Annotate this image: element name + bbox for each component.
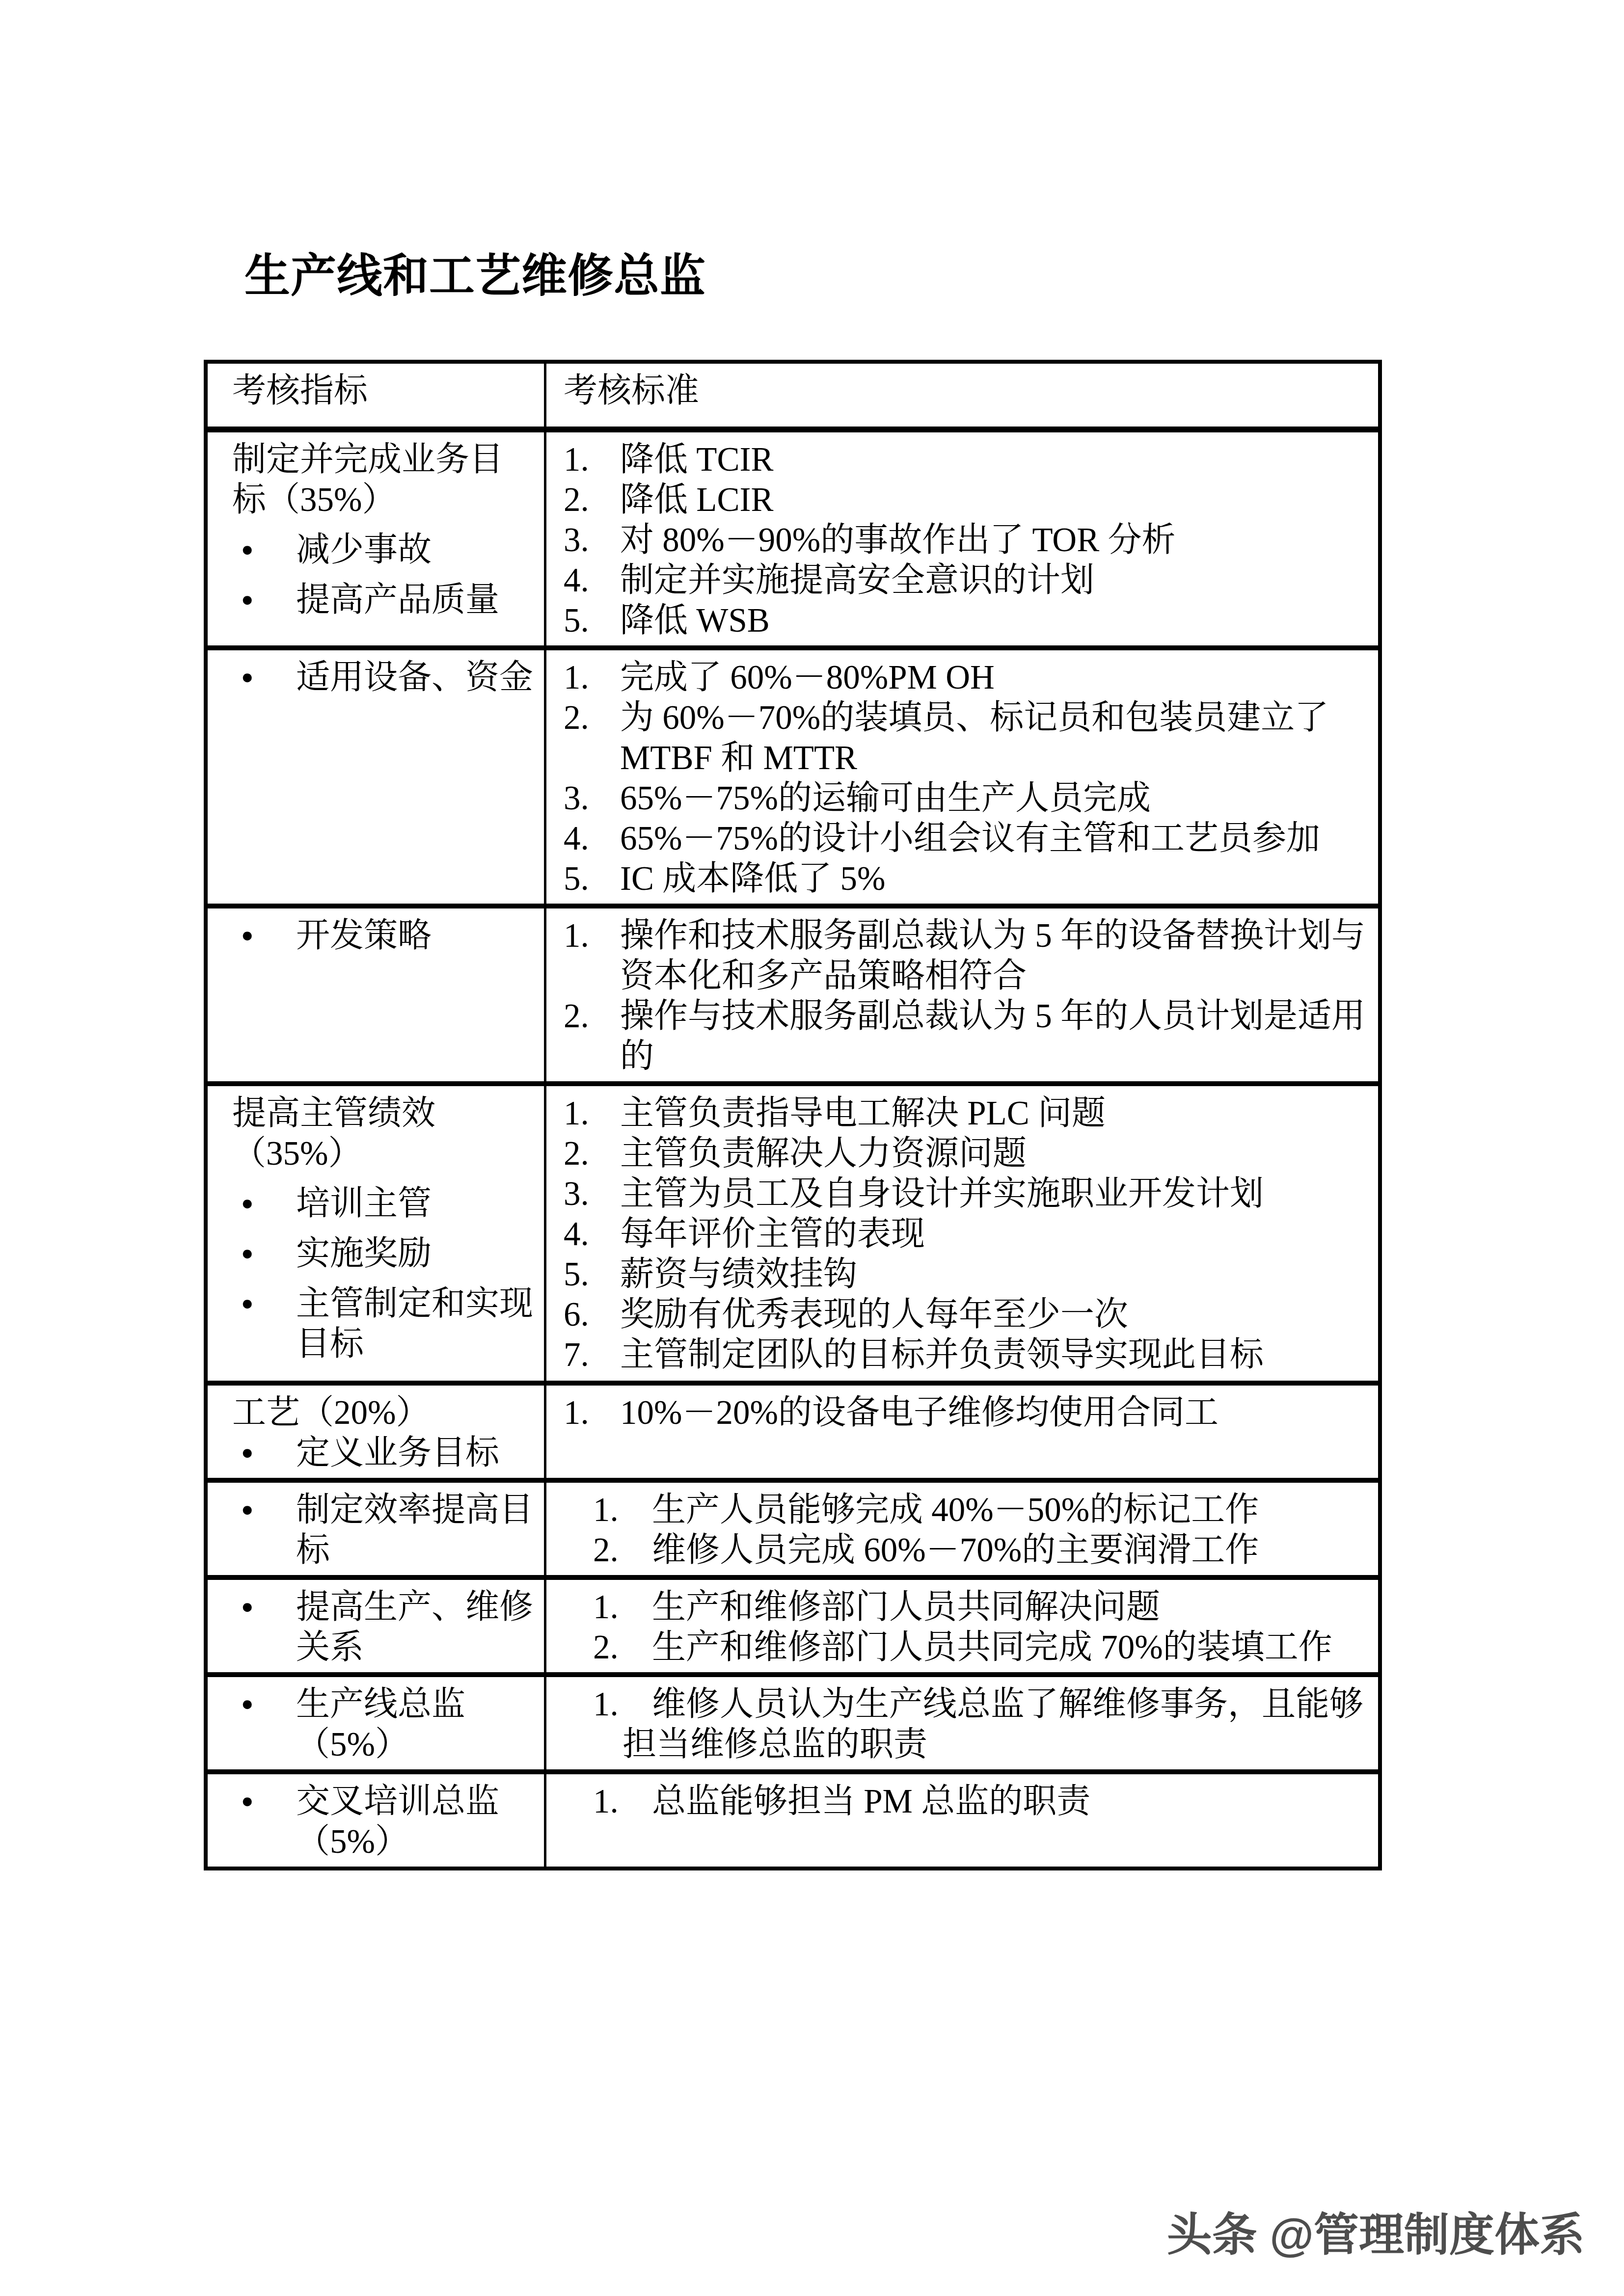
item-text: 主管负责解决人力资源问题: [620, 1135, 1027, 1172]
bullet-icon: ●: [241, 1587, 253, 1627]
standard-cell: 1.总监能够担当 PM 总监的职责: [546, 1774, 1378, 1867]
standard-cell: 1.降低 TCIR 2.降低 LCIR 3.对 80%－90%的事故作出了 TO…: [546, 432, 1378, 645]
item-text: 降低 TCIR: [620, 441, 773, 478]
standard-cell: 1.生产和维修部门人员共同解决问题 2.生产和维修部门人员共同完成 70%的装填…: [546, 1580, 1378, 1672]
item-number: 3.: [564, 1174, 589, 1214]
standard-cell: 1.生产人员能够完成 40%－50%的标记工作 2.维修人员完成 60%－70%…: [546, 1483, 1378, 1575]
bullet-icon: ●: [241, 580, 253, 620]
table-row: 制定并完成业务目标（35%） ●减少事故 ●提高产品质量 1.降低 TCIR 2…: [208, 432, 1378, 650]
criteria-item: 4.65%－75%的设计小组会议有主管和工艺员参加: [564, 818, 1374, 858]
row-title: 制定并完成业务目标（35%）: [232, 439, 537, 520]
item-text: 65%－75%的设计小组会议有主管和工艺员参加: [620, 820, 1320, 857]
bullet-icon: ●: [241, 530, 253, 570]
bullet-icon: ●: [241, 1183, 253, 1224]
bullet-item: ●减少事故: [232, 530, 537, 570]
standard-cell: 1.操作和技术服务副总裁认为 5 年的设备替换计划与资本化和多产品策略相符合 2…: [546, 908, 1378, 1081]
table-row: ●制定效率提高目标 1.生产人员能够完成 40%－50%的标记工作 2.维修人员…: [208, 1483, 1378, 1580]
table-row: ●生产线总监（5%） 1.维修人员认为生产线总监了解维修事务，且能够担当维修总监…: [208, 1677, 1378, 1774]
table-row: 工艺（20%） ●定义业务目标 1.10%－20%的设备电子维修均使用合同工: [208, 1386, 1378, 1483]
item-number: 7.: [564, 1335, 589, 1375]
item-text: 降低 LCIR: [620, 481, 773, 518]
bullet-icon: ●: [241, 1781, 253, 1821]
bullet-text: 提高生产、维修关系: [296, 1588, 533, 1666]
bullet-icon: ●: [241, 1684, 253, 1724]
bullet-text: 主管制定和实现目标: [296, 1285, 533, 1362]
evaluation-table: 考核指标 考核标准 制定并完成业务目标（35%） ●减少事故 ●提高产品质量 1…: [204, 360, 1382, 1870]
criteria-item: 2.降低 LCIR: [564, 480, 1374, 520]
item-text: 主管为员工及自身设计并实施职业开发计划: [620, 1175, 1264, 1212]
bullet-icon: ●: [241, 1283, 253, 1324]
bullet-text: 交叉培训总监（5%）: [296, 1783, 499, 1860]
criteria-item: 7.主管制定团队的目标并负责领导实现此目标: [564, 1335, 1374, 1375]
item-text: 降低 WSB: [620, 602, 770, 639]
item-number: 1.: [564, 1781, 619, 1821]
item-text: 操作与技术服务副总裁认为 5 年的人员计划是适用的: [620, 997, 1365, 1075]
criteria-item: 4.制定并实施提高安全意识的计划: [564, 560, 1374, 600]
item-number: 6.: [564, 1294, 589, 1335]
item-text: 制定并实施提高安全意识的计划: [620, 561, 1094, 599]
item-number: 3.: [564, 778, 589, 818]
bullet-icon: ●: [241, 1233, 253, 1274]
item-text: 对 80%－90%的事故作出了 TOR 分析: [620, 521, 1175, 559]
criteria-item: 3.65%－75%的运输可由生产人员完成: [564, 778, 1374, 818]
bullet-item: ●生产线总监（5%）: [232, 1684, 537, 1764]
indicator-cell: 工艺（20%） ●定义业务目标: [208, 1386, 546, 1478]
bullet-item: ●提高产品质量: [232, 580, 537, 620]
bullet-icon: ●: [241, 1433, 253, 1473]
criteria-item: 3.对 80%－90%的事故作出了 TOR 分析: [564, 520, 1374, 560]
item-text: 奖励有优秀表现的人每年至少一次: [620, 1296, 1128, 1333]
bullet-text: 培训主管: [296, 1185, 432, 1222]
item-number: 2.: [564, 1530, 619, 1570]
bullet-item: ●适用设备、资金: [232, 657, 537, 697]
item-number: 2.: [564, 1627, 619, 1667]
criteria-item: 1.降低 TCIR: [564, 439, 1374, 480]
criteria-item: 5.降低 WSB: [564, 600, 1374, 641]
bullet-item: ●实施奖励: [232, 1233, 537, 1274]
bullet-text: 提高产品质量: [296, 581, 499, 618]
criteria-item: 1.操作和技术服务副总裁认为 5 年的设备替换计划与资本化和多产品策略相符合: [564, 915, 1374, 996]
bullet-item: ●制定效率提高目标: [232, 1490, 537, 1570]
table-row: ●交叉培训总监（5%） 1.总监能够担当 PM 总监的职责: [208, 1774, 1378, 1867]
item-text: 主管制定团队的目标并负责领导实现此目标: [620, 1336, 1264, 1373]
item-number: 1.: [564, 1392, 589, 1433]
item-text: 完成了 60%－80%PM OH: [620, 659, 995, 696]
item-number: 4.: [564, 1214, 589, 1254]
criteria-item: 4.每年评价主管的表现: [564, 1214, 1374, 1254]
watermark: 头条 @管理制度体系: [1167, 2199, 1585, 2264]
bullet-icon: ●: [241, 915, 253, 956]
item-text: 维修人员认为生产线总监了解维修事务，且能够担当维修总监的职责: [623, 1685, 1363, 1763]
indicator-cell: ●开发策略: [208, 908, 546, 1081]
bullet-item: ●交叉培训总监（5%）: [232, 1781, 537, 1862]
table-header-row: 考核指标 考核标准: [208, 364, 1378, 432]
criteria-item: 1.主管负责指导电工解决 PLC 问题: [564, 1093, 1374, 1133]
row-title: 工艺（20%）: [232, 1392, 537, 1433]
item-number: 1.: [564, 1093, 589, 1133]
item-number: 2.: [564, 480, 589, 520]
bullet-text: 生产线总监（5%）: [296, 1685, 465, 1763]
bullet-text: 制定效率提高目标: [296, 1491, 533, 1569]
criteria-item: 5.IC 成本降低了 5%: [564, 858, 1374, 899]
item-number: 2.: [564, 996, 589, 1036]
criteria-item: 2.维修人员完成 60%－70%的主要润滑工作: [564, 1530, 1374, 1570]
bullet-item: ●培训主管: [232, 1183, 537, 1224]
item-number: 4.: [564, 818, 589, 858]
item-text: 薪资与绩效挂钩: [620, 1255, 857, 1293]
bullet-item: ●主管制定和实现目标: [232, 1283, 537, 1364]
bullet-text: 开发策略: [296, 917, 432, 954]
bullet-text: 适用设备、资金: [296, 659, 533, 696]
bullet-text: 定义业务目标: [296, 1434, 499, 1471]
item-text: 65%－75%的运输可由生产人员完成: [620, 779, 1151, 817]
bullet-item: ●提高生产、维修关系: [232, 1587, 537, 1667]
item-number: 1.: [564, 1684, 619, 1724]
item-text: 每年评价主管的表现: [620, 1215, 925, 1253]
indicator-cell: ●适用设备、资金: [208, 650, 546, 904]
item-number: 1.: [564, 1587, 619, 1627]
bullet-text: 减少事故: [296, 531, 432, 568]
standard-cell: 1.维修人员认为生产线总监了解维修事务，且能够担当维修总监的职责: [546, 1677, 1378, 1769]
item-number: 5.: [564, 600, 589, 641]
standard-cell: 1.10%－20%的设备电子维修均使用合同工: [546, 1386, 1378, 1478]
bullet-item: ●开发策略: [232, 915, 537, 956]
criteria-item: 1.10%－20%的设备电子维修均使用合同工: [564, 1392, 1374, 1433]
row-title: 提高主管绩效（35%）: [232, 1093, 537, 1174]
bullet-item: ●定义业务目标: [232, 1433, 537, 1473]
criteria-item: 1.完成了 60%－80%PM OH: [564, 657, 1374, 697]
item-number: 2.: [564, 1133, 589, 1174]
item-number: 5.: [564, 1254, 589, 1294]
criteria-item: 1.生产和维修部门人员共同解决问题: [564, 1587, 1374, 1627]
bullet-icon: ●: [241, 657, 253, 697]
criteria-item: 2.为 60%－70%的装填员、标记员和包装员建立了 MTBF 和 MTTR: [564, 697, 1374, 778]
criteria-item: 1.维修人员认为生产线总监了解维修事务，且能够担当维修总监的职责: [564, 1684, 1374, 1764]
indicator-cell: 制定并完成业务目标（35%） ●减少事故 ●提高产品质量: [208, 432, 546, 645]
table-row: ●提高生产、维修关系 1.生产和维修部门人员共同解决问题 2.生产和维修部门人员…: [208, 1580, 1378, 1677]
item-text: 操作和技术服务副总裁认为 5 年的设备替换计划与资本化和多产品策略相符合: [620, 917, 1365, 994]
item-text: 为 60%－70%的装填员、标记员和包装员建立了 MTBF 和 MTTR: [620, 699, 1328, 776]
item-number: 2.: [564, 697, 589, 738]
criteria-item: 1.总监能够担当 PM 总监的职责: [564, 1781, 1374, 1821]
criteria-item: 6.奖励有优秀表现的人每年至少一次: [564, 1294, 1374, 1335]
item-text: 生产人员能够完成 40%－50%的标记工作: [652, 1491, 1259, 1528]
item-number: 5.: [564, 858, 589, 899]
criteria-item: 3.主管为员工及自身设计并实施职业开发计划: [564, 1174, 1374, 1214]
item-text: IC 成本降低了 5%: [620, 860, 885, 897]
header-standard: 考核标准: [546, 364, 1378, 427]
indicator-cell: ●制定效率提高目标: [208, 1483, 546, 1575]
bullet-icon: ●: [241, 1490, 253, 1530]
item-text: 10%－20%的设备电子维修均使用合同工: [620, 1394, 1218, 1431]
indicator-cell: ●提高生产、维修关系: [208, 1580, 546, 1672]
item-text: 生产和维修部门人员共同完成 70%的装填工作: [652, 1629, 1332, 1666]
item-text: 总监能够担当 PM 总监的职责: [652, 1783, 1090, 1820]
table-row: ●适用设备、资金 1.完成了 60%－80%PM OH 2.为 60%－70%的…: [208, 650, 1378, 908]
standard-cell: 1.完成了 60%－80%PM OH 2.为 60%－70%的装填员、标记员和包…: [546, 650, 1378, 904]
indicator-cell: 提高主管绩效（35%） ●培训主管 ●实施奖励 ●主管制定和实现目标: [208, 1086, 546, 1381]
indicator-cell: ●生产线总监（5%）: [208, 1677, 546, 1769]
item-number: 1.: [564, 439, 589, 480]
header-indicator: 考核指标: [208, 364, 546, 427]
criteria-item: 2.生产和维修部门人员共同完成 70%的装填工作: [564, 1627, 1374, 1667]
item-text: 主管负责指导电工解决 PLC 问题: [620, 1095, 1106, 1132]
criteria-item: 2.主管负责解决人力资源问题: [564, 1133, 1374, 1174]
bullet-text: 实施奖励: [296, 1235, 432, 1272]
item-number: 4.: [564, 560, 589, 600]
criteria-item: 1.生产人员能够完成 40%－50%的标记工作: [564, 1490, 1374, 1530]
table-row: ●开发策略 1.操作和技术服务副总裁认为 5 年的设备替换计划与资本化和多产品策…: [208, 908, 1378, 1086]
item-number: 1.: [564, 1490, 619, 1530]
standard-cell: 1.主管负责指导电工解决 PLC 问题 2.主管负责解决人力资源问题 3.主管为…: [546, 1086, 1378, 1381]
indicator-cell: ●交叉培训总监（5%）: [208, 1774, 546, 1867]
item-number: 1.: [564, 915, 589, 956]
criteria-item: 5.薪资与绩效挂钩: [564, 1254, 1374, 1294]
item-number: 3.: [564, 520, 589, 560]
item-number: 1.: [564, 657, 589, 697]
item-text: 维修人员完成 60%－70%的主要润滑工作: [652, 1531, 1259, 1569]
item-text: 生产和维修部门人员共同解决问题: [652, 1588, 1160, 1626]
table-row: 提高主管绩效（35%） ●培训主管 ●实施奖励 ●主管制定和实现目标 1.主管负…: [208, 1086, 1378, 1386]
criteria-item: 2.操作与技术服务副总裁认为 5 年的人员计划是适用的: [564, 996, 1374, 1076]
page-title: 生产线和工艺维修总监: [244, 239, 706, 305]
